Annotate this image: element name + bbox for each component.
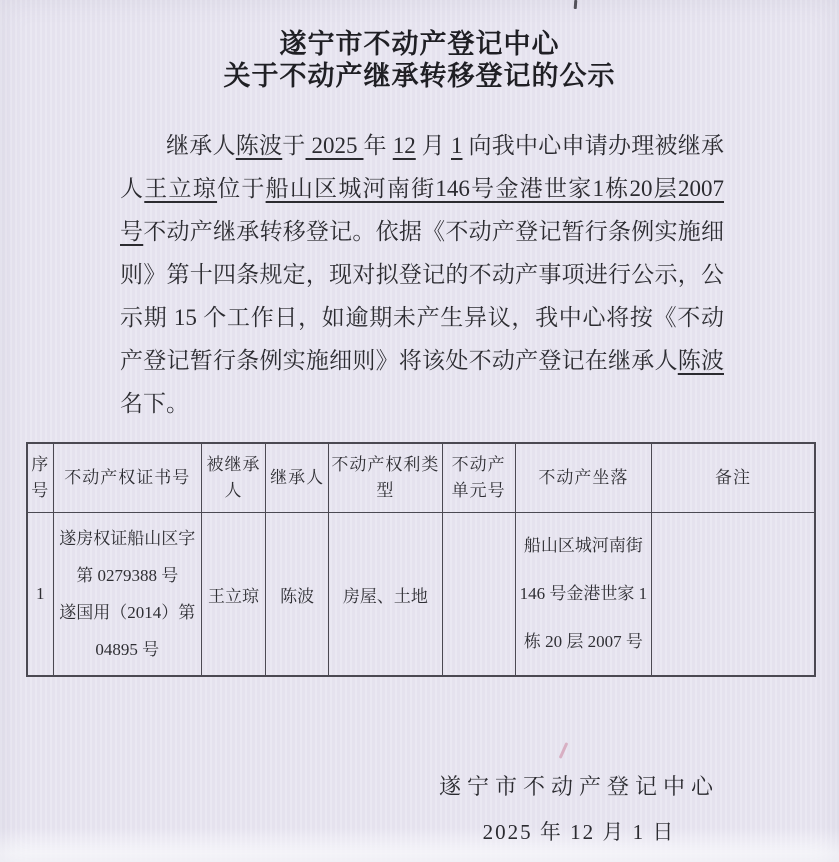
body-text: 于: [282, 133, 305, 158]
body-text: 继承人: [166, 133, 236, 158]
table-header-cell: 不动产坐落: [515, 443, 651, 513]
body-text: 人: [120, 176, 144, 201]
underlined-text: 12: [393, 133, 416, 158]
table-cell: 王立琼: [201, 513, 265, 677]
page-title: 遂宁市不动产登记中心 关于不动产继承转移登记的公示: [0, 0, 839, 92]
body-text: 示期 15 个工作日，如逾期未产生异议，我中心将按《不动: [120, 305, 724, 330]
underlined-text: 2025: [306, 133, 364, 158]
footer-organization: 遂宁市不动产登记中心: [436, 770, 722, 801]
registration-table-header: 序号不动产权证书号被继承人继承人不动产权利类型不动产单元号不动产坐落备注: [27, 443, 815, 513]
table-cell: 陈波: [266, 513, 329, 677]
body-text: 产登记暂行条例实施细则》将该处不动产登记在继承人: [120, 348, 678, 373]
footer-signature-block: 遂宁市不动产登记中心 2025 年 12 月 1 日: [436, 770, 722, 846]
registration-table-body: 1遂房权证船山区字 第 0279388 号 遂国用（2014）第 04895 号…: [27, 513, 815, 677]
body-line: 继承人陈波于 2025 年 12 月 1 向我中心申请办理被继承: [120, 124, 724, 167]
table-header-cell: 不动产权证书号: [53, 443, 201, 513]
body-line: 示期 15 个工作日，如逾期未产生异议，我中心将按《不动: [120, 296, 724, 339]
table-cell: 船山区城河南街 146 号金港世家 1 栋 20 层 2007 号: [515, 513, 651, 677]
notice-paragraph: 继承人陈波于 2025 年 12 月 1 向我中心申请办理被继承人王立琼位于船山…: [120, 124, 724, 425]
body-text: 月: [416, 133, 451, 158]
body-text: 向我中心申请办理被继承: [463, 133, 725, 158]
underlined-text: 陈波: [236, 133, 283, 158]
scan-artifact-pink-mark: [559, 742, 569, 759]
body-line: 名下。: [120, 382, 724, 425]
table-cell: 遂房权证船山区字 第 0279388 号 遂国用（2014）第 04895 号: [53, 513, 201, 677]
body-text: 不动产继承转移登记。依据《不动产登记暂行条例实施细: [143, 219, 724, 244]
footer-date: 2025 年 12 月 1 日: [436, 816, 722, 846]
underlined-text: 号: [120, 219, 143, 244]
table-cell: 1: [27, 513, 53, 677]
underlined-text: 1: [451, 133, 463, 158]
body-text: 位于: [217, 176, 266, 201]
table-header-cell: 不动产单元号: [442, 443, 515, 513]
table-header-cell: 备注: [652, 443, 815, 513]
table-cell: [652, 513, 815, 677]
body-text: 年: [364, 133, 393, 158]
body-text: 名下。: [120, 391, 189, 416]
table-cell: 房屋、土地: [329, 513, 442, 677]
table-header-cell: 序号: [27, 443, 53, 513]
underlined-text: 王立琼: [144, 176, 217, 201]
body-line: 则》第十四条规定，现对拟登记的不动产事项进行公示，公: [120, 253, 724, 296]
scan-artifact-tick: [574, 0, 578, 9]
table-header-cell: 被继承人: [201, 443, 265, 513]
table-header-cell: 不动产权利类型: [329, 443, 442, 513]
registration-table: 序号不动产权证书号被继承人继承人不动产权利类型不动产单元号不动产坐落备注 1遂房…: [26, 442, 816, 677]
body-text: 则》第十四条规定，现对拟登记的不动产事项进行公示，公: [120, 262, 724, 287]
notice-document: 遂宁市不动产登记中心 关于不动产继承转移登记的公示 继承人陈波于 2025 年 …: [0, 0, 839, 862]
table-header-cell: 继承人: [266, 443, 329, 513]
page-title-line2: 关于不动产继承转移登记的公示: [0, 60, 839, 92]
page-title-line1: 遂宁市不动产登记中心: [0, 28, 839, 60]
underlined-text: 陈波: [678, 348, 724, 373]
underlined-text: 船山区城河南街146号金港世家1栋20层2007: [266, 176, 724, 201]
table-cell: [442, 513, 515, 677]
body-line: 产登记暂行条例实施细则》将该处不动产登记在继承人陈波: [120, 339, 724, 382]
table-row: 1遂房权证船山区字 第 0279388 号 遂国用（2014）第 04895 号…: [27, 513, 815, 677]
table-header-row: 序号不动产权证书号被继承人继承人不动产权利类型不动产单元号不动产坐落备注: [27, 443, 815, 513]
body-line: 人王立琼位于船山区城河南街146号金港世家1栋20层2007: [120, 167, 724, 210]
body-line: 号不动产继承转移登记。依据《不动产登记暂行条例实施细: [120, 210, 724, 253]
